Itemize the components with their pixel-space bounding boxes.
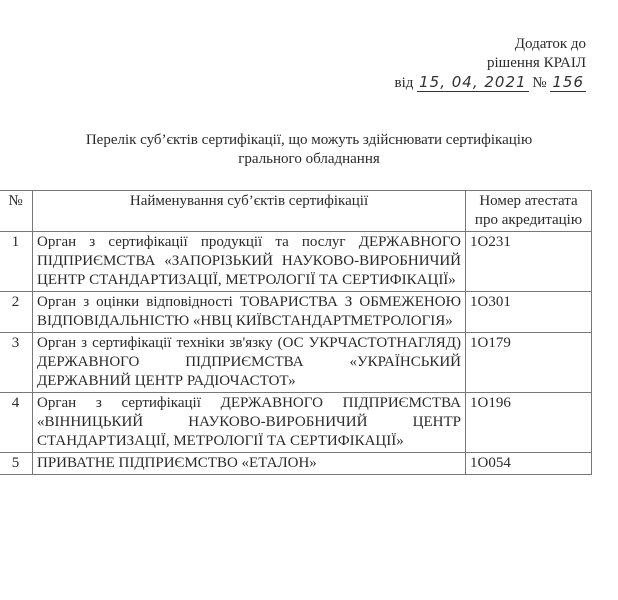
- header-name: Найменування суб’єктів сертифікації: [33, 191, 466, 232]
- title-line-2: грального обладнання: [0, 150, 618, 169]
- table-row: 2Орган з оцінки відповідності ТОВАРИСТВА…: [0, 292, 592, 333]
- table-row: 5ПРИВАТНЕ ПІДПРИЄМСТВО «ЕТАЛОН»1О054: [0, 453, 592, 475]
- row-cert: 1О196: [466, 393, 592, 453]
- table-row: 3Орган з сертифікації техніки зв'язку (О…: [0, 333, 592, 393]
- row-name: Орган з сертифікації техніки зв'язку (ОС…: [33, 333, 466, 393]
- table-row: 1Орган з сертифікації продукції та послу…: [0, 232, 592, 292]
- row-name: ПРИВАТНЕ ПІДПРИЄМСТВО «ЕТАЛОН»: [33, 453, 466, 475]
- row-cert: 1О179: [466, 333, 592, 393]
- row-num: 1: [0, 232, 33, 292]
- table-header-row: № Найменування суб’єктів сертифікації Но…: [0, 191, 592, 232]
- row-cert: 1О231: [466, 232, 592, 292]
- table-row: 4Орган з сертифікації ДЕРЖАВНОГО ПІДПРИЄ…: [0, 393, 592, 453]
- row-name: Орган з сертифікації ДЕРЖАВНОГО ПІДПРИЄМ…: [33, 393, 466, 453]
- row-num: 4: [0, 393, 33, 453]
- row-num: 2: [0, 292, 33, 333]
- header-num: №: [0, 191, 33, 232]
- title-line-1: Перелік суб’єктів сертифікації, що можут…: [0, 131, 618, 150]
- number-label: №: [532, 75, 546, 91]
- row-num: 3: [0, 333, 33, 393]
- decision-date: 15, 04, 2021: [417, 73, 528, 92]
- approval-date-line: від 15, 04, 2021 № 156: [394, 73, 586, 93]
- row-name: Орган з оцінки відповідності ТОВАРИСТВА …: [33, 292, 466, 333]
- approval-line-2: рішення КРАІЛ: [394, 54, 586, 73]
- header-cert: Номер атестата про акредитацію: [466, 191, 592, 232]
- from-label: від: [394, 75, 413, 91]
- certification-bodies-table: № Найменування суб’єктів сертифікації Но…: [0, 190, 592, 475]
- approval-block: Додаток до рішення КРАІЛ від 15, 04, 202…: [394, 35, 586, 93]
- approval-line-1: Додаток до: [394, 35, 586, 54]
- row-num: 5: [0, 453, 33, 475]
- row-cert: 1О054: [466, 453, 592, 475]
- decision-number: 156: [550, 73, 586, 92]
- document-title: Перелік суб’єктів сертифікації, що можут…: [0, 131, 618, 169]
- row-cert: 1О301: [466, 292, 592, 333]
- row-name: Орган з сертифікації продукції та послуг…: [33, 232, 466, 292]
